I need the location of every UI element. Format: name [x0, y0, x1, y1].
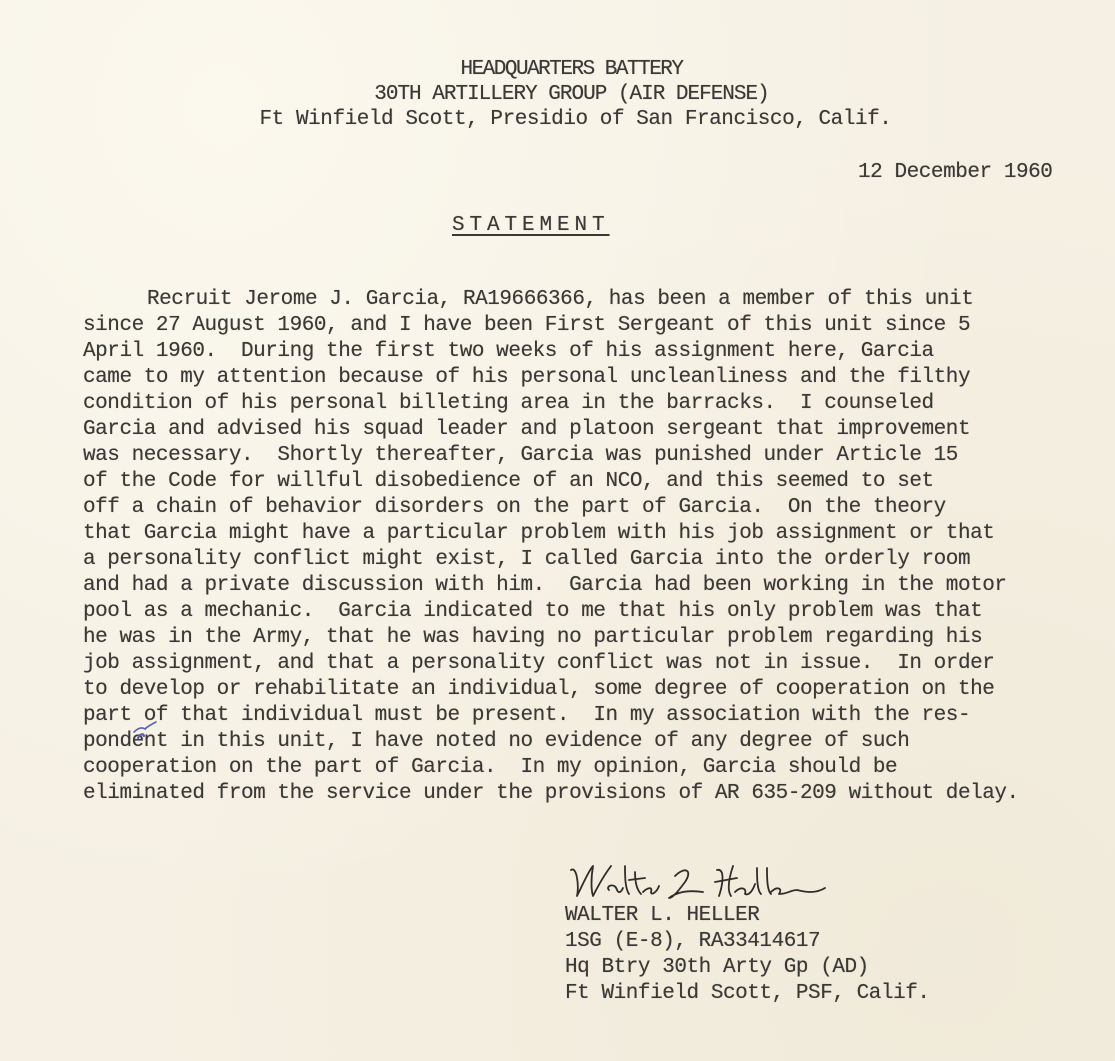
- body-line: pool as a mechanic. Garcia indicated to …: [83, 599, 1019, 625]
- signatory-rank-serial: 1SG (E-8), RA33414617: [565, 929, 930, 955]
- signatory-location: Ft Winfield Scott, PSF, Calif.: [565, 981, 930, 1007]
- body-line: since 27 August 1960, and I have been Fi…: [83, 313, 1019, 339]
- body-line: came to my attention because of his pers…: [83, 365, 1019, 391]
- body-line: eliminated from the service under the pr…: [83, 781, 1019, 807]
- body-line: part of that individual must be present.…: [83, 703, 1019, 729]
- body-line: that Garcia might have a particular prob…: [83, 521, 1019, 547]
- body-line: job assignment, and that a personality c…: [83, 651, 1019, 677]
- body-line: of the Code for willful disobedience of …: [83, 469, 1019, 495]
- body-line: cooperation on the part of Garcia. In my…: [83, 755, 1019, 781]
- document-page: HEADQUARTERS BATTERY 30TH ARTILLERY GROU…: [0, 0, 1115, 1061]
- signature-block: Walter L Heller WALTER L. HELLER 1SG (E-…: [565, 856, 930, 1007]
- statement-body: Recruit Jerome J. Garcia, RA19666366, ha…: [83, 287, 1019, 807]
- pen-correction-mark: [130, 718, 160, 740]
- body-line: to develop or rehabilitate an individual…: [83, 677, 1019, 703]
- document-title: STATEMENT: [452, 213, 610, 239]
- body-line: a personality conflict might exist, I ca…: [83, 547, 1019, 573]
- signatory-unit: Hq Btry 30th Arty Gp (AD): [565, 955, 930, 981]
- signatory-name: WALTER L. HELLER: [565, 903, 930, 929]
- letterhead-unit: HEADQUARTERS BATTERY: [0, 57, 1115, 82]
- body-line: condition of his personal billeting area…: [83, 391, 1019, 417]
- body-line: and had a private discussion with him. G…: [83, 573, 1019, 599]
- handwritten-signature: Walter L Heller: [565, 856, 865, 906]
- letterhead: HEADQUARTERS BATTERY 30TH ARTILLERY GROU…: [0, 57, 1115, 132]
- body-line: pondent in this unit, I have noted no ev…: [83, 729, 1019, 755]
- letterhead-group: 30TH ARTILLERY GROUP (AIR DEFENSE): [0, 82, 1115, 107]
- document-date: 12 December 1960: [858, 160, 1052, 186]
- body-line: Recruit Jerome J. Garcia, RA19666366, ha…: [83, 287, 1019, 313]
- body-line: April 1960. During the first two weeks o…: [83, 339, 1019, 365]
- body-line: Garcia and advised his squad leader and …: [83, 417, 1019, 443]
- body-line: was necessary. Shortly thereafter, Garci…: [83, 443, 1019, 469]
- letterhead-location: Ft Winfield Scott, Presidio of San Franc…: [0, 107, 1115, 132]
- body-line: off a chain of behavior disorders on the…: [83, 495, 1019, 521]
- body-line: he was in the Army, that he was having n…: [83, 625, 1019, 651]
